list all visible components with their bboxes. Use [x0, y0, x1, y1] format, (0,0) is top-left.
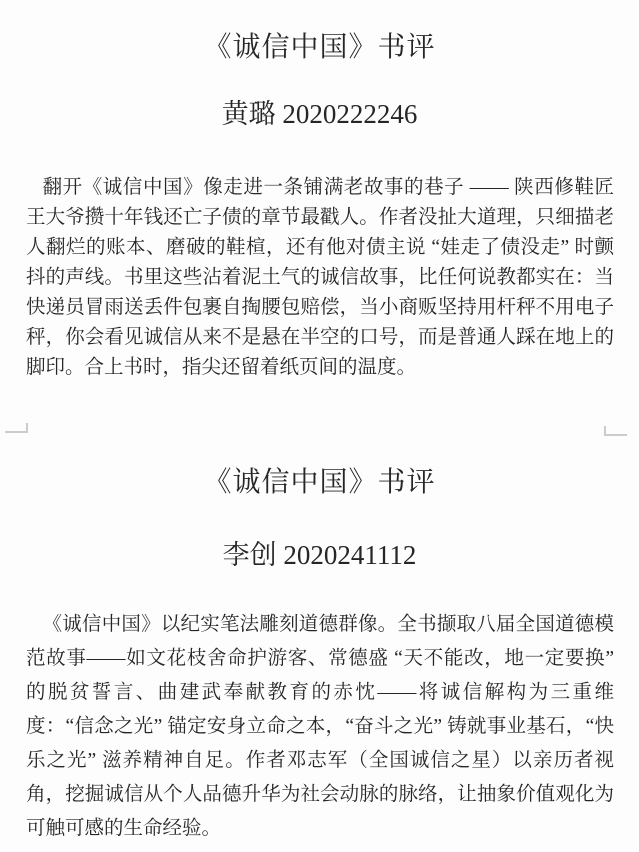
review-2-body: 《诚信中国》以纪实笔法雕刻道德群像。全书撷取八届全国道德模范故事——如文花枝舍命… [26, 608, 614, 846]
text-boundary-corner-right-icon [604, 426, 627, 436]
document-page: 《诚信中国》书评 黄璐 2020222246 翻开《诚信中国》像走进一条铺满老故… [0, 0, 639, 852]
review-2-author: 李创 2020241112 [0, 538, 639, 572]
review-1-author: 黄璐 2020222246 [0, 97, 639, 131]
review-1-body: 翻开《诚信中国》像走进一条铺满老故事的巷子 —— 陕西修鞋匠王大爷攒十年钱还亡子… [26, 173, 614, 383]
review-1-title: 《诚信中国》书评 [0, 31, 639, 65]
text-boundary-corner-left-icon [5, 423, 28, 433]
review-2-title: 《诚信中国》书评 [0, 466, 639, 500]
review-2: 《诚信中国》书评 李创 2020241112 《诚信中国》以纪实笔法雕刻道德群像… [0, 466, 639, 846]
review-1: 《诚信中国》书评 黄璐 2020222246 翻开《诚信中国》像走进一条铺满老故… [0, 31, 639, 383]
